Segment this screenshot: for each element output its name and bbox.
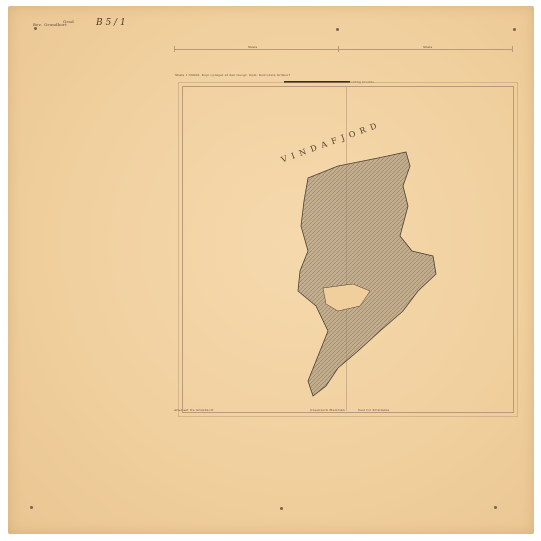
bottom-label-left: Greenwich Meridian — [310, 408, 345, 412]
bottom-left-note: Aflet aat fra Grundkort — [174, 408, 214, 412]
island-landmass — [8, 6, 534, 534]
bottom-label-right: Vest for Kristiania — [358, 408, 389, 412]
map-sheet: Bez. Grundkort Grad B 5 / 1 Skala Skala … — [8, 6, 534, 534]
